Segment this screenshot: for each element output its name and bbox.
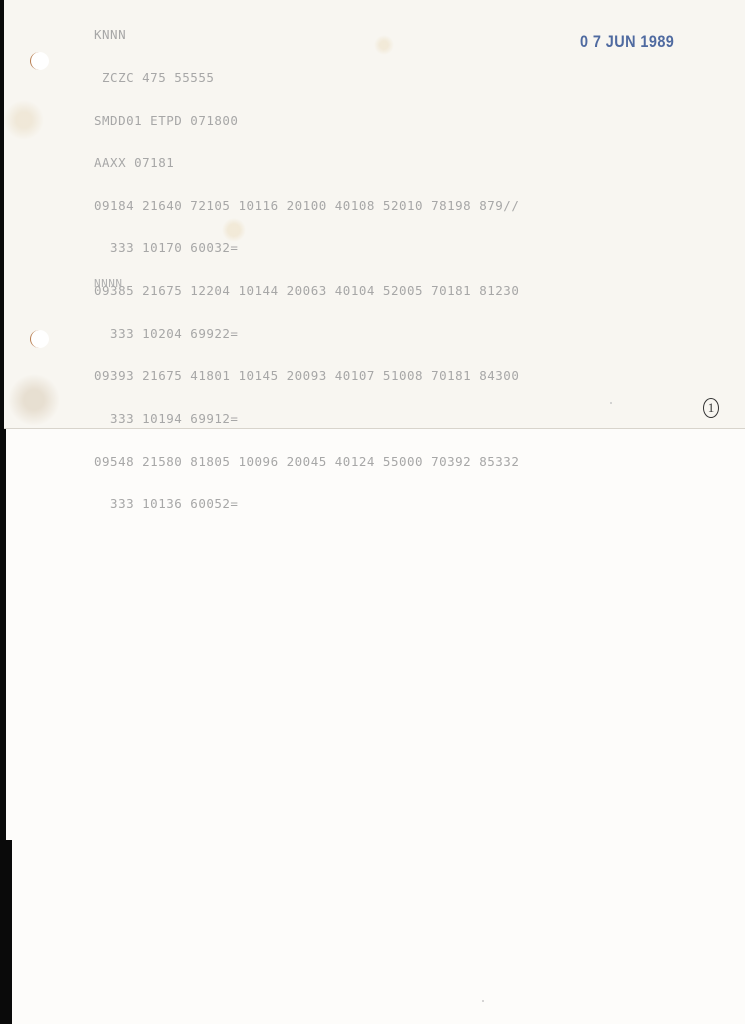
- header-line: KNNN: [94, 28, 519, 42]
- synop-section-header: AAXX 07181: [94, 156, 519, 170]
- end-of-message-marker: NNNN: [94, 277, 123, 290]
- station-report: 09184 21640 72105 10116 20100 40108 5201…: [94, 199, 519, 213]
- station-report-section-333: 333 10194 69912=: [94, 412, 519, 426]
- header-line: ZCZC 475 55555: [94, 71, 519, 85]
- bulletin-header: SMDD01 ETPD 071800: [94, 114, 519, 128]
- station-report: 09393 21675 41801 10145 20093 40107 5100…: [94, 369, 519, 383]
- scan-edge-left-lower: [0, 840, 12, 1024]
- received-date-stamp: 0 7 JUN 1989: [580, 32, 674, 52]
- station-report-section-333: 333 10170 60032=: [94, 241, 519, 255]
- station-report: 09385 21675 12204 10144 20063 40104 5200…: [94, 284, 519, 298]
- station-report: 09548 21580 81805 10096 20045 40124 5500…: [94, 455, 519, 469]
- page-number-circled: 1: [703, 398, 719, 418]
- scan-speck: [610, 402, 612, 404]
- scan-speck: [482, 1000, 484, 1002]
- teletype-slip: KNNN ZCZC 475 55555 SMDD01 ETPD 071800 A…: [4, 0, 745, 429]
- punch-hole: [30, 52, 49, 70]
- station-report-section-333: 333 10136 60052=: [94, 497, 519, 511]
- station-report-section-333: 333 10204 69922=: [94, 327, 519, 341]
- teletype-text: KNNN ZCZC 475 55555 SMDD01 ETPD 071800 A…: [94, 0, 519, 540]
- punch-hole: [30, 330, 49, 348]
